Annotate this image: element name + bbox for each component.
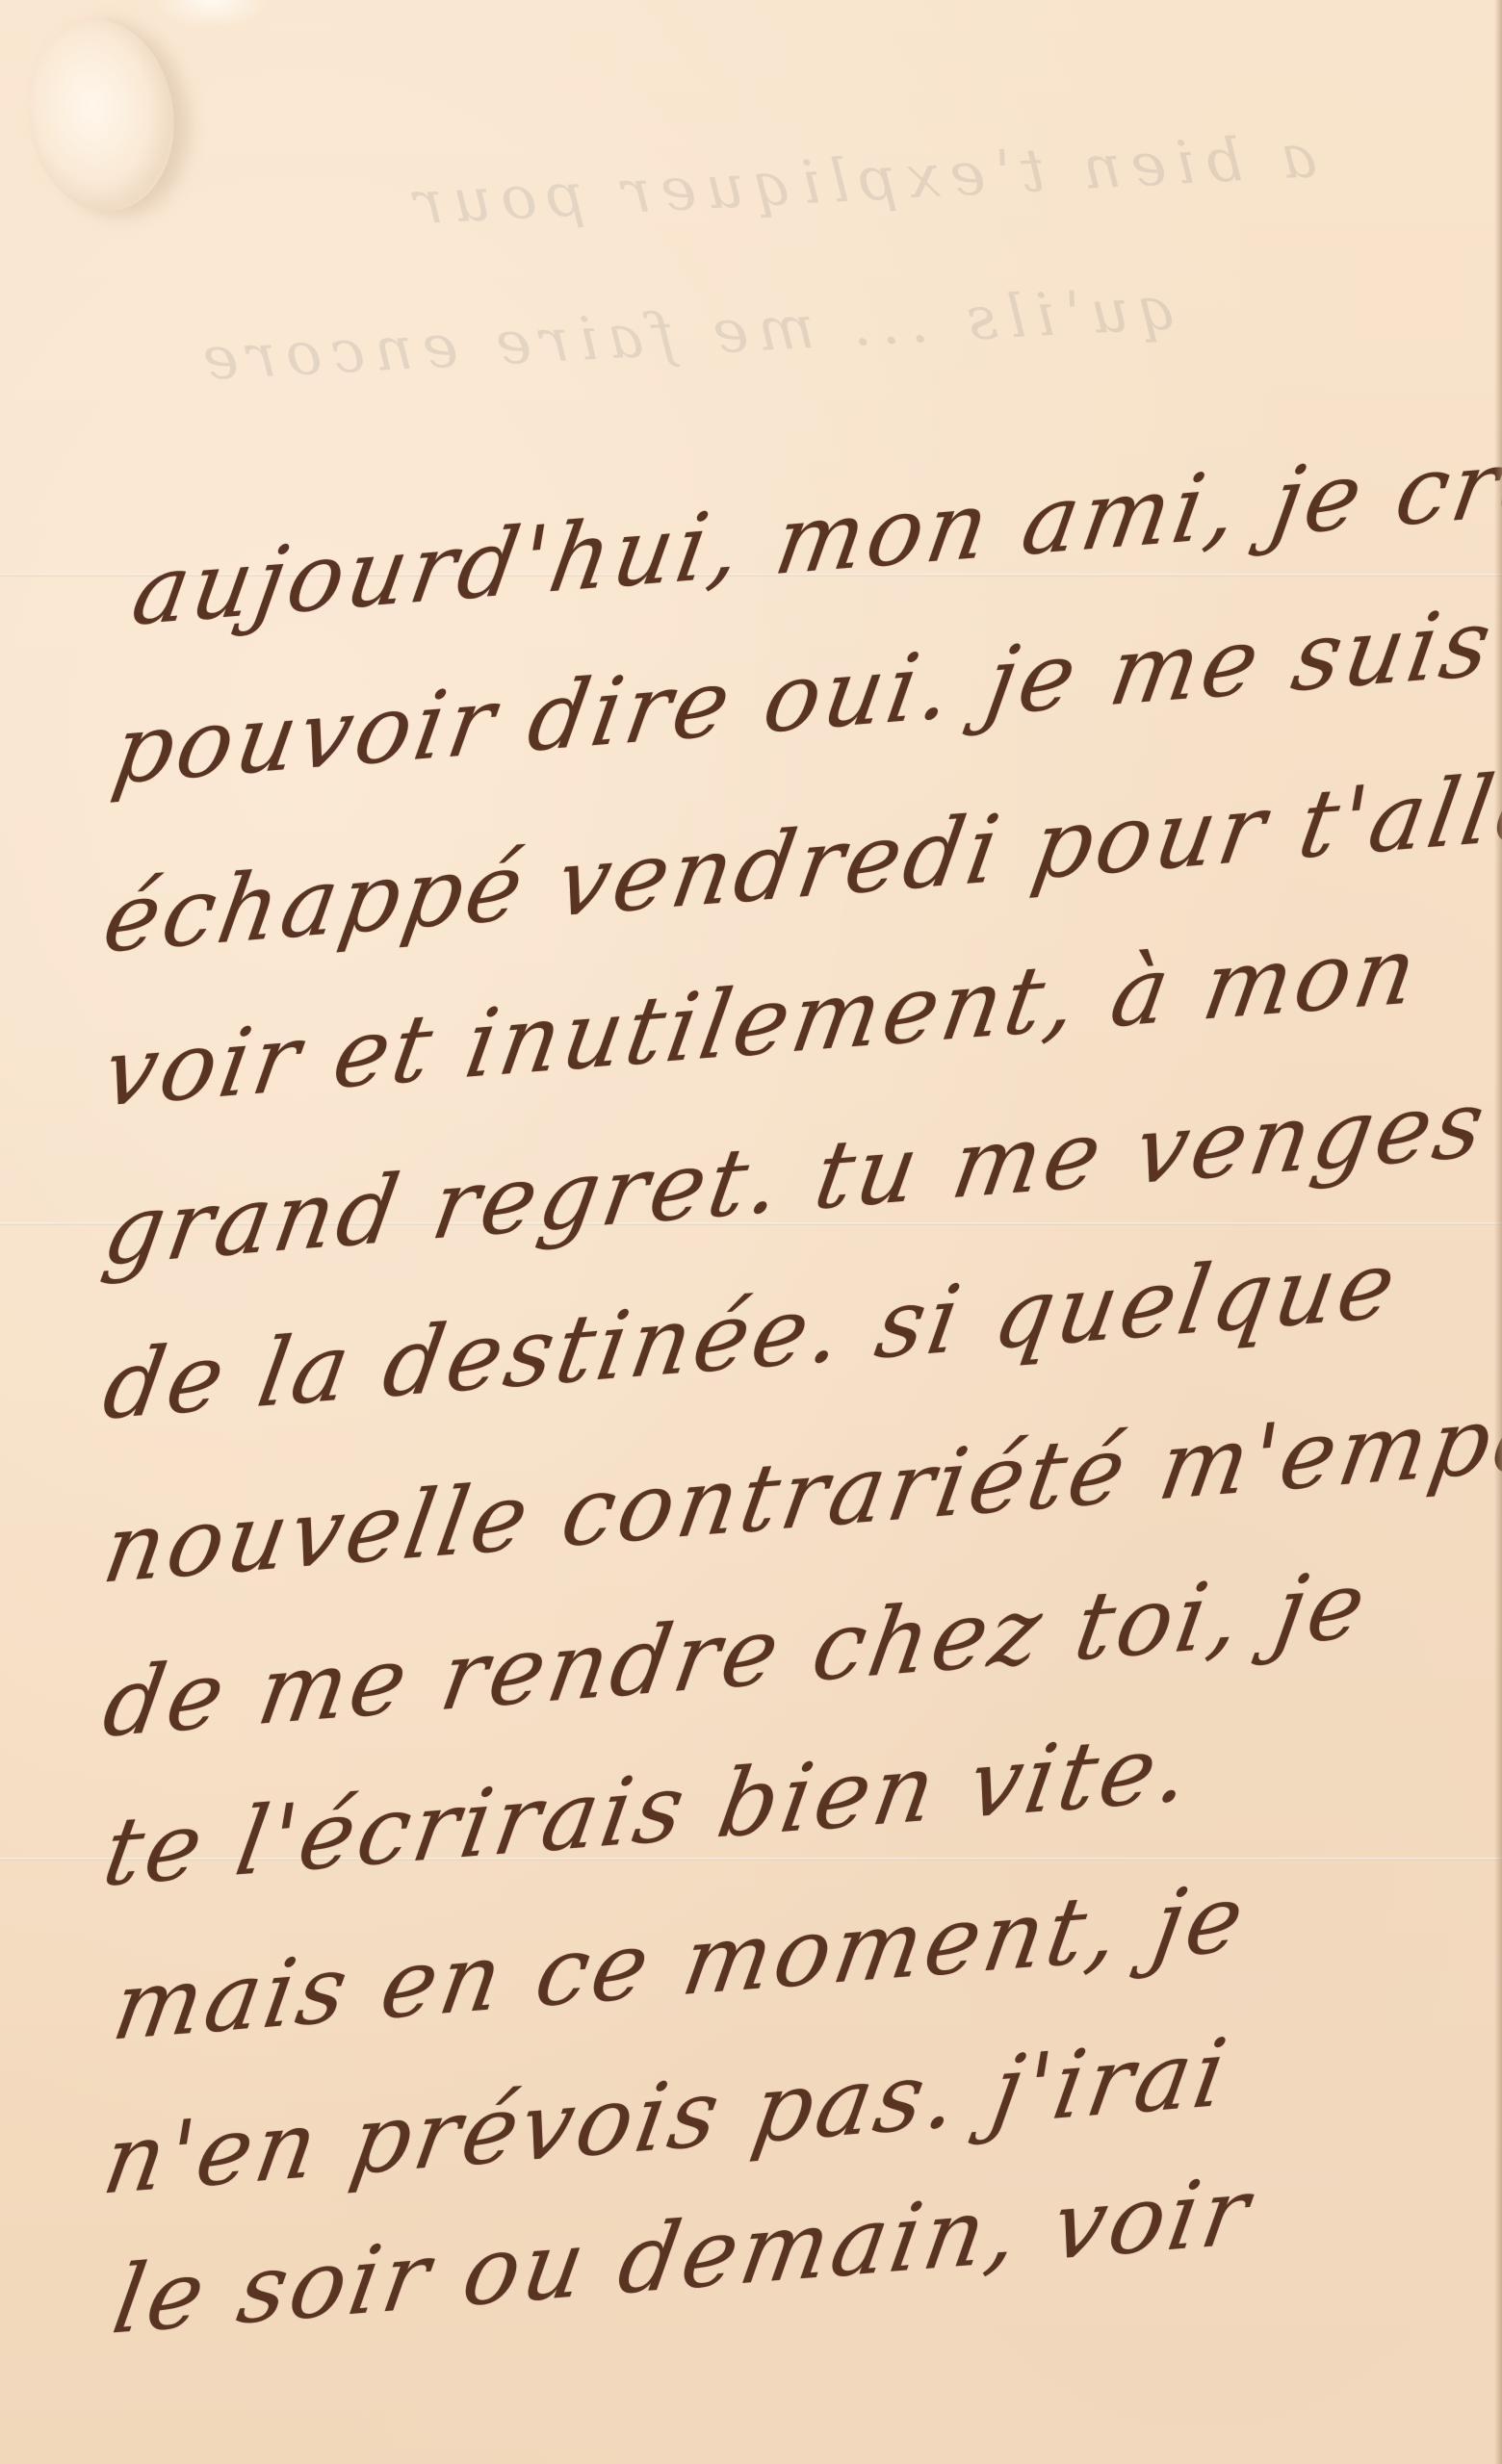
letter-page: a bien t'expliquer pour qu'ils ... me fa… [0, 0, 1502, 2464]
page-edge [1494, 0, 1502, 2464]
letter-body: aujourd'hui, mon ami, je crois pouvoir d… [0, 0, 1502, 2464]
